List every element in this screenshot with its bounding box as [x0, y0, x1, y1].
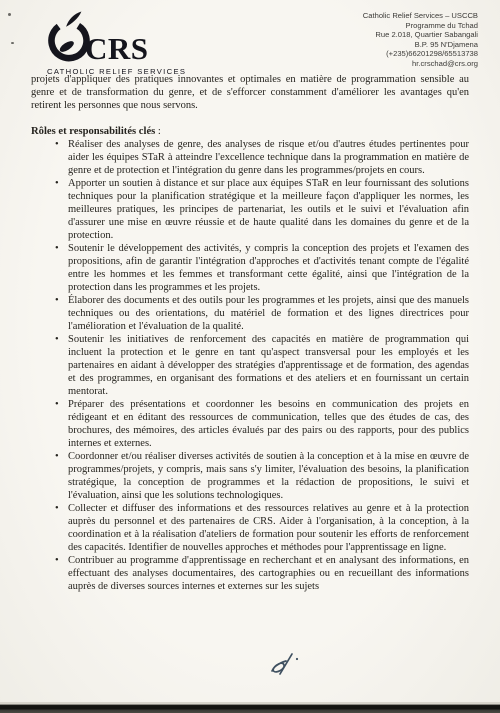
responsibility-item: Collecter et diffuser des informations e…: [31, 502, 469, 554]
address-line-email: hr.crschad@crs.org: [278, 59, 478, 69]
address-line: Rue 2.018, Quartier Sabangali: [278, 30, 478, 40]
address-line: Catholic Relief Services – USCCB: [278, 11, 478, 21]
handwritten-initials-icon: [266, 650, 312, 682]
responsibility-item: Apporter un soutien à distance et sur pl…: [31, 177, 469, 242]
scan-edge-strip: [0, 702, 500, 713]
intro-paragraph: projets d'appliquer des pratiques innova…: [31, 73, 469, 112]
brand-text: CRS: [85, 34, 149, 64]
scan-speck: [8, 13, 11, 16]
responsibility-item: Soutenir le développement des activités,…: [31, 242, 469, 294]
section-heading: Rôles et responsabilités clés :: [31, 125, 469, 138]
responsibility-item: Soutenir les initiatives de renforcement…: [31, 333, 469, 398]
address-line: (+235)66201298/65513738: [278, 49, 478, 59]
scan-speck: [11, 42, 14, 44]
section-heading-bold: Rôles et responsabilités clés: [31, 126, 155, 137]
responsibility-item: Contribuer au programme d'apprentissage …: [31, 554, 469, 593]
section-heading-colon: :: [155, 126, 161, 137]
address-line: B.P. 95 N'Djamena: [278, 40, 478, 50]
responsibility-item: Préparer des présentations et coordonner…: [31, 398, 469, 450]
responsibility-item: Réaliser des analyses de genre, des anal…: [31, 138, 469, 177]
address-line: Programme du Tchad: [278, 21, 478, 31]
crs-logo: CRS CATHOLIC RELIEF SERVICES: [47, 10, 217, 76]
letterhead-address: Catholic Relief Services – USCCB Program…: [278, 11, 478, 69]
responsibility-item: Coordonner et/ou réaliser diverses activ…: [31, 450, 469, 502]
scanned-document-page: CRS CATHOLIC RELIEF SERVICES Catholic Re…: [0, 0, 500, 713]
responsibility-item: Élaborer des documents et des outils pou…: [31, 294, 469, 333]
responsibilities-list: Réaliser des analyses de genre, des anal…: [31, 138, 469, 593]
